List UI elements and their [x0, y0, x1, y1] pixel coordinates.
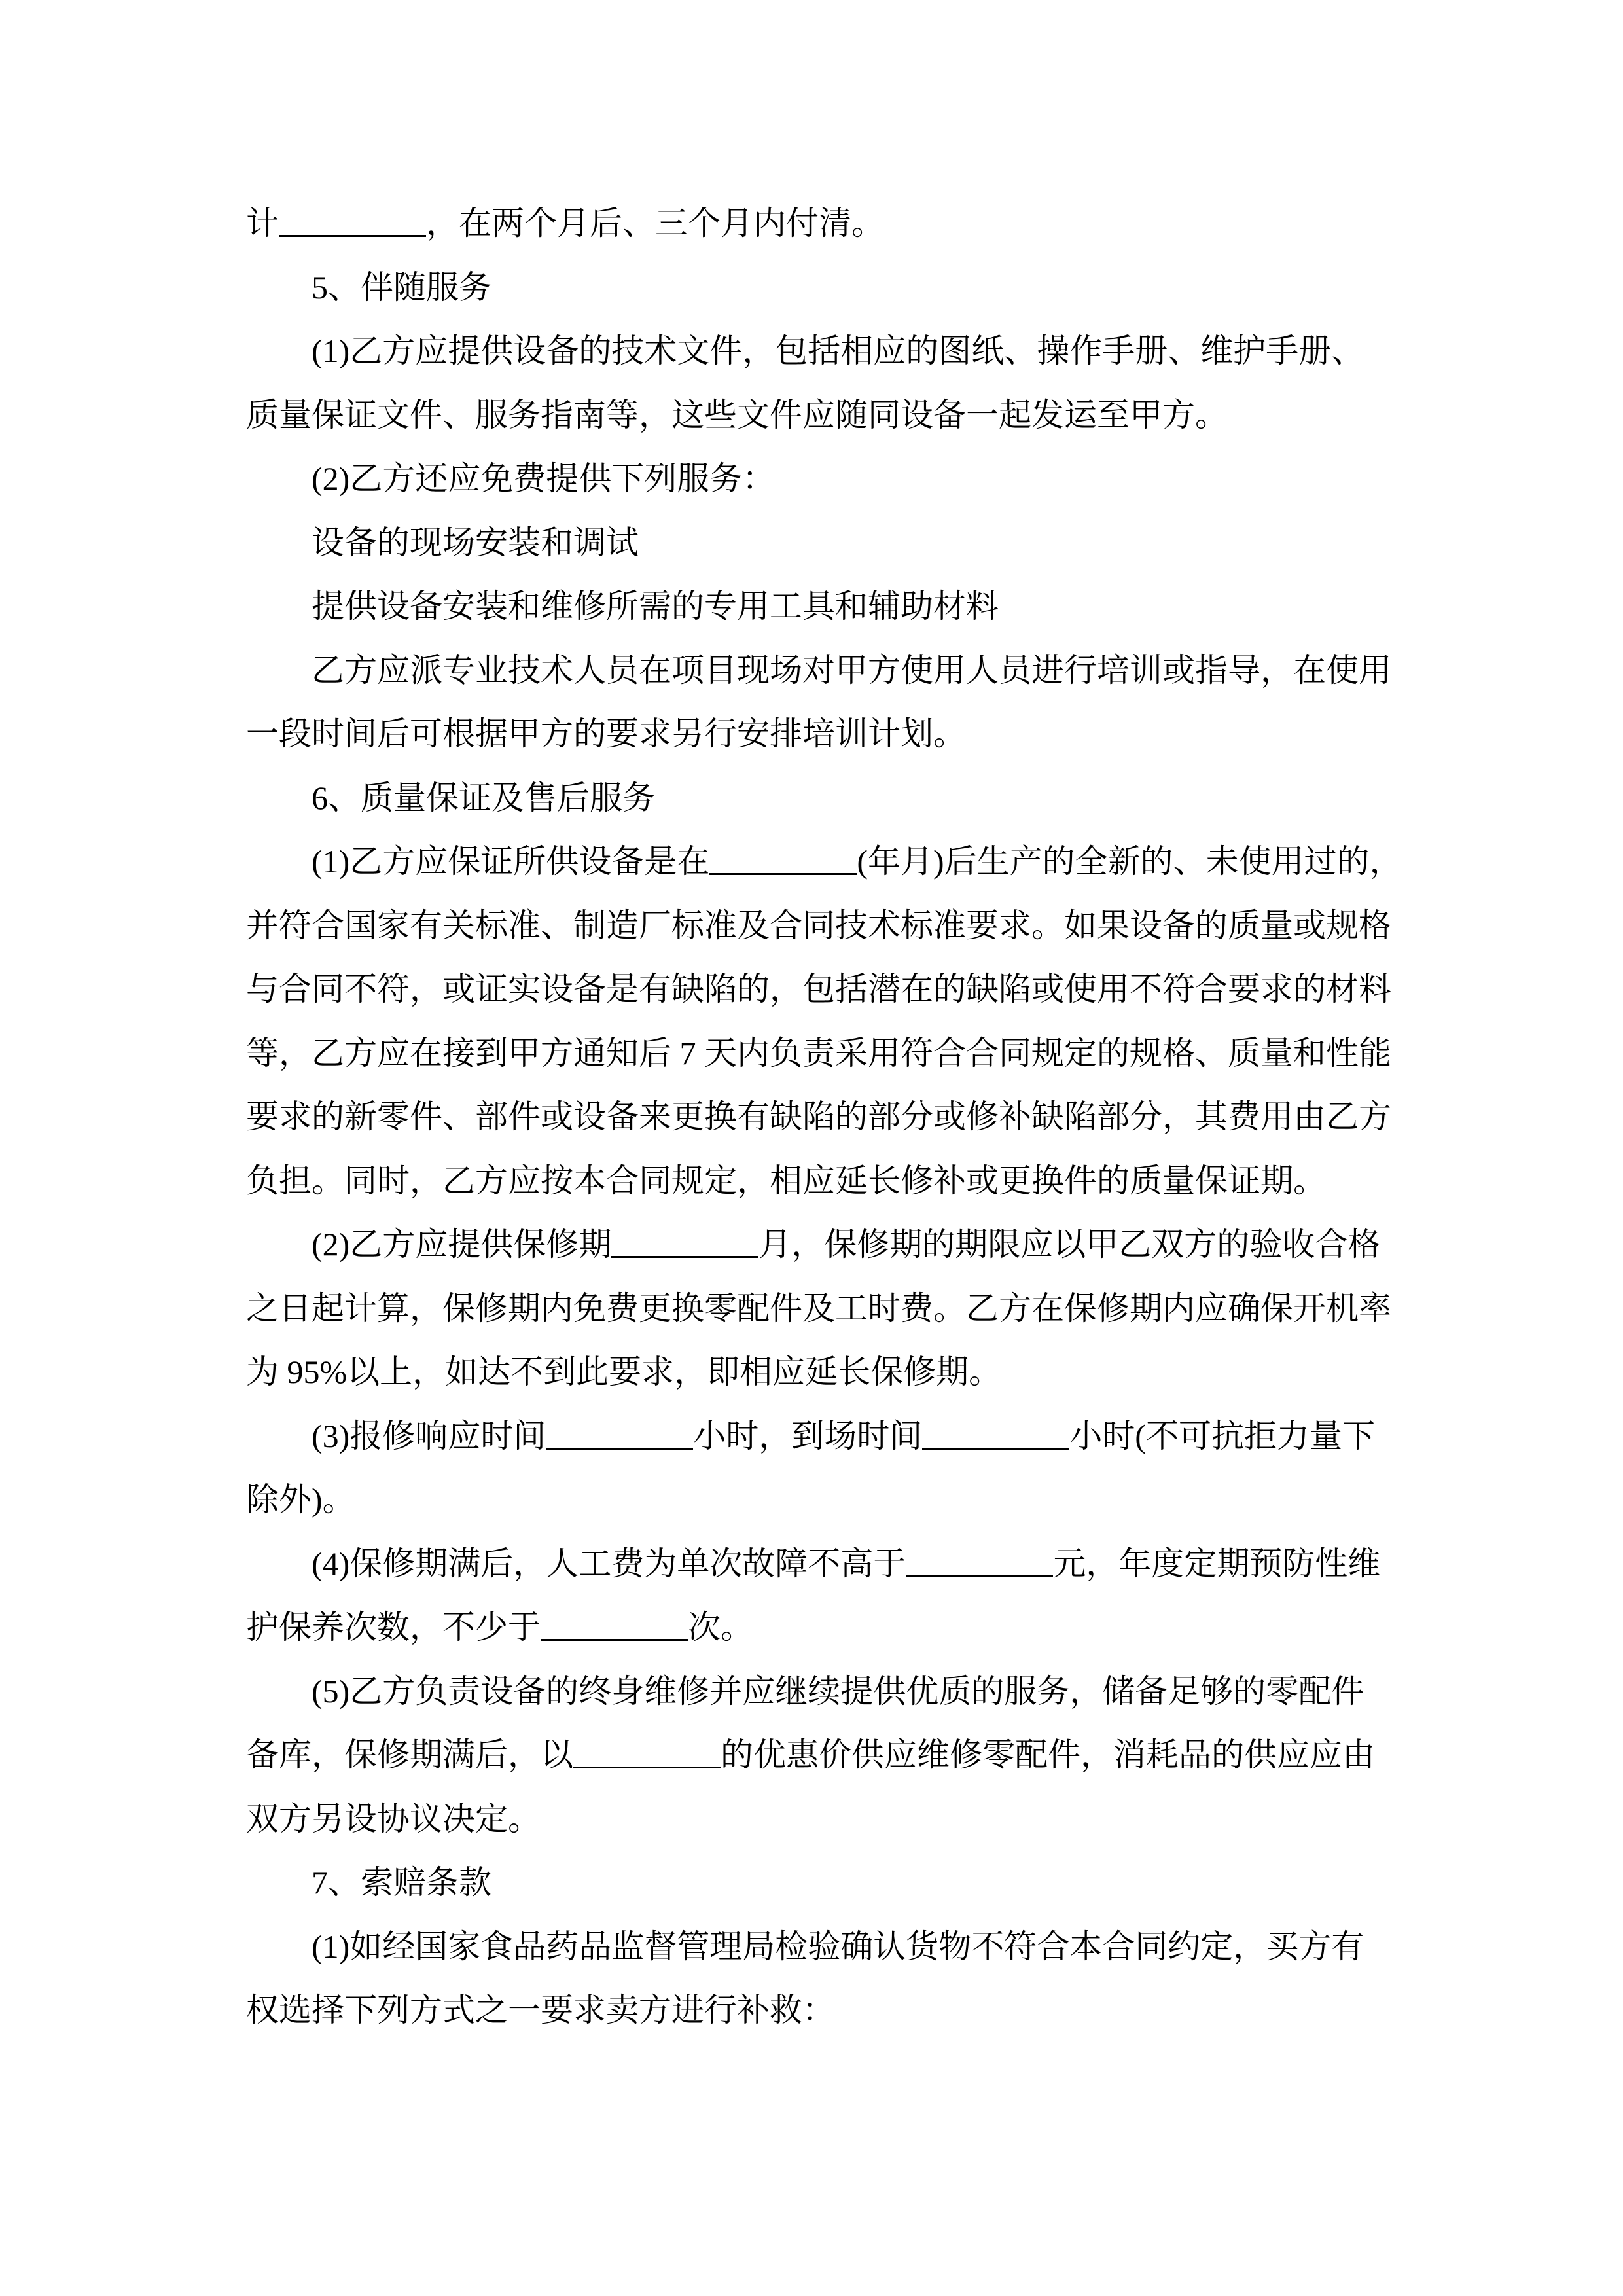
text-line: 6、质量保证及售后服务	[246, 766, 1383, 831]
text-line: (2)乙方应提供保修期月，保修期的期限应以甲乙双方的验收合格	[246, 1213, 1383, 1277]
text-line: 护保养次数，不少于次。	[246, 1596, 1383, 1660]
fill-in-blank	[573, 1739, 721, 1769]
text-line: (1)如经国家食品药品监督管理局检验确认货物不符合本合同约定，买方有	[246, 1915, 1383, 1979]
text-line: 权选择下列方式之一要求卖方进行补救：	[246, 1979, 1383, 2043]
fill-in-blank	[611, 1229, 758, 1259]
fill-in-blank	[906, 1547, 1053, 1577]
text-line: 备库，保修期满后，以的优惠价供应维修零配件，消耗品的供应应由	[246, 1723, 1383, 1787]
text-line: (4)保修期满后，人工费为单次故障不高于元，年度定期预防性维	[246, 1532, 1383, 1596]
text-line: (2)乙方还应免费提供下列服务：	[246, 447, 1383, 511]
text-line: 5、伴随服务	[246, 256, 1383, 320]
text-line: 7、索赔条款	[246, 1851, 1383, 1915]
text-line: 之日起计算，保修期内免费更换零配件及工时费。乙方在保修期内应确保开机率	[246, 1277, 1383, 1341]
fill-in-blank	[922, 1420, 1069, 1450]
document-body: 计，在两个月后、三个月内付清。5、伴随服务(1)乙方应提供设备的技术文件，包括相…	[246, 192, 1383, 2043]
fill-in-blank	[541, 1611, 688, 1641]
text-line: (3)报修响应时间小时，到场时间小时(不可抗拒力量下	[246, 1405, 1383, 1469]
text-line: (1)乙方应提供设备的技术文件，包括相应的图纸、操作手册、维护手册、	[246, 319, 1383, 384]
text-line: 质量保证文件、服务指南等，这些文件应随同设备一起发运至甲方。	[246, 384, 1383, 448]
text-line: 等，乙方应在接到甲方通知后 7 天内负责采用符合合同规定的规格、质量和性能	[246, 1022, 1383, 1086]
fill-in-blank	[546, 1420, 693, 1450]
text-line: 并符合国家有关标准、制造厂标准及合同技术标准要求。如果设备的质量或规格	[246, 894, 1383, 958]
text-line: 双方另设协议决定。	[246, 1787, 1383, 1852]
text-line: (5)乙方负责设备的终身维修并应继续提供优质的服务，储备足够的零配件	[246, 1660, 1383, 1724]
text-line: 乙方应派专业技术人员在项目现场对甲方使用人员进行培训或指导，在使用	[246, 639, 1383, 703]
text-line: 一段时间后可根据甲方的要求另行安排培训计划。	[246, 702, 1383, 766]
text-line: 与合同不符，或证实设备是有缺陷的，包括潜在的缺陷或使用不符合要求的材料	[246, 958, 1383, 1022]
text-line: 提供设备安装和维修所需的专用工具和辅助材料	[246, 575, 1383, 639]
fill-in-blank	[279, 207, 426, 238]
fill-in-blank	[709, 846, 857, 876]
text-line: 设备的现场安装和调试	[246, 511, 1383, 575]
text-line: 负担。同时，乙方应按本合同规定，相应延长修补或更换件的质量保证期。	[246, 1149, 1383, 1213]
text-line: 为 95%以上，如达不到此要求，即相应延长保修期。	[246, 1340, 1383, 1405]
text-line: 除外)。	[246, 1468, 1383, 1532]
text-line: 要求的新零件、部件或设备来更换有缺陷的部分或修补缺陷部分，其费用由乙方	[246, 1085, 1383, 1149]
text-line: 计，在两个月后、三个月内付清。	[246, 192, 1383, 256]
text-line: (1)乙方应保证所供设备是在(年月)后生产的全新的、未使用过的，	[246, 830, 1383, 894]
contract-document-page: 计，在两个月后、三个月内付清。5、伴随服务(1)乙方应提供设备的技术文件，包括相…	[0, 0, 1623, 2296]
